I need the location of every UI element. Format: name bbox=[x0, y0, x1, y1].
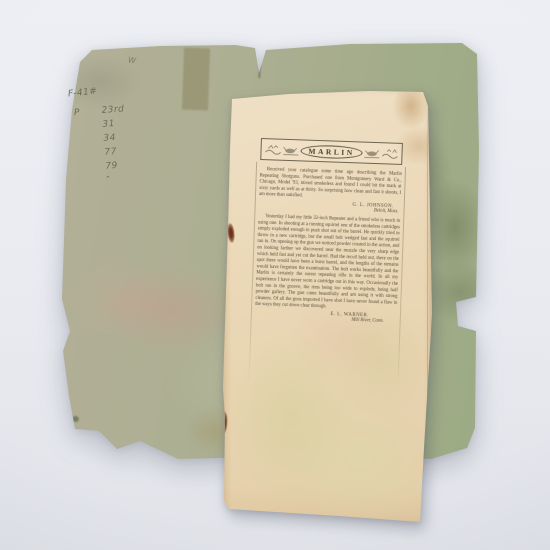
pencil-number: 79 bbox=[105, 159, 129, 174]
title-banner: MARLIN bbox=[260, 138, 403, 165]
pencil-ditto-mark: ″ bbox=[106, 173, 130, 188]
booklet-title: MARLIN bbox=[300, 144, 363, 159]
pencil-number: 31 bbox=[102, 117, 126, 132]
top-edge-tear bbox=[258, 48, 262, 78]
pencil-number: 77 bbox=[104, 145, 128, 160]
hunting-engraving-right-icon bbox=[362, 146, 398, 161]
tape-strip bbox=[182, 48, 210, 111]
antique-booklet: MARLIN Received your catalogue some time… bbox=[219, 88, 433, 528]
testimonial-paragraph-2: Yesterday I had my little 32-inch Repeat… bbox=[255, 213, 400, 312]
testimonial-paragraph-1: Received your catalogue some time ago de… bbox=[259, 166, 402, 202]
hunting-engraving-left-icon bbox=[264, 142, 300, 157]
pencil-number: 23rd bbox=[101, 103, 125, 118]
pencil-number-column: 23rd 31 34 77 79 ″ bbox=[101, 103, 130, 187]
photo-canvas: W F-41# P 23rd 31 34 77 79 ″ bbox=[0, 0, 550, 550]
pencil-annotations: W F-41# P 23rd 31 34 77 79 ″ bbox=[62, 86, 172, 216]
worm-hole bbox=[72, 416, 79, 422]
pencil-top-mark: W bbox=[127, 55, 137, 65]
pencil-number: 34 bbox=[103, 131, 127, 146]
pencil-line-1: F-41# bbox=[68, 86, 98, 99]
pencil-line-2: P bbox=[74, 108, 81, 118]
testimonial-text: Received your catalogue some time ago de… bbox=[255, 166, 402, 324]
printed-page: MARLIN Received your catalogue some time… bbox=[249, 138, 403, 485]
bottom-edge-speck bbox=[339, 518, 343, 521]
